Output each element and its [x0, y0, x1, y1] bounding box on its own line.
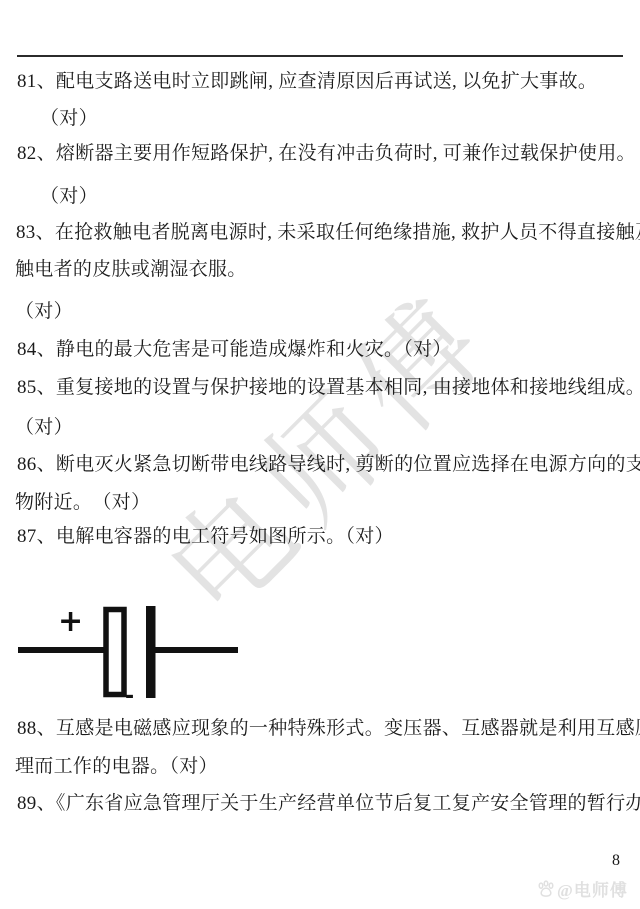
question-84-text: 84、静电的最大危害是可能造成爆炸和火灾。（对） [17, 338, 452, 361]
question-81-text: 81、配电支路送电时立即跳闸, 应查清原因后再试送, 以免扩大事故。 [17, 70, 597, 93]
question-82-text: 82、熔断器主要用作短路保护, 在没有冲击负荷时, 可兼作过载保护使用。 [17, 142, 636, 165]
question-83-text-line1: 83、在抢救触电者脱离电源时, 未采取任何绝缘措施, 救护人员不得直接触及 [16, 221, 640, 244]
header-rule [17, 55, 623, 57]
baidu-paw-icon [536, 879, 556, 899]
capacitor-positive-plate [106, 610, 124, 695]
question-88-text-line2: 理而工作的电器。（对） [15, 755, 218, 778]
question-86-text-line2: 物附近。 （对） [15, 491, 150, 514]
question-89-text-line1: 89、《广东省应急管理厅关于生产经营单位节后复工复产安全管理的暂行办 [17, 792, 640, 815]
footer-watermark-text: @电师傅 [557, 876, 628, 901]
document-page: 电师傅 81、配电支路送电时立即跳闸, 应查清原因后再试送, 以免扩大事故。 （… [0, 0, 640, 909]
page-number: 8 [612, 852, 620, 870]
center-watermark: 电师傅 [123, 248, 523, 648]
footer-watermark: @电师傅 [536, 876, 628, 901]
question-81-answer: （对） [40, 107, 98, 130]
question-85-text: 85、重复接地的设置与保护接地的设置基本相同, 由接地体和接地线组成。 [17, 376, 640, 399]
capacitor-negative-plate [146, 606, 156, 698]
question-86-text-line1: 86、断电灭火紧急切断带电线路导线时, 剪断的位置应选择在电源方向的支持 [17, 453, 640, 476]
capacitor-minus-label: - [125, 684, 134, 707]
question-88-text-line1: 88、互感是电磁感应现象的一种特殊形式。变压器、互感器就是利用互感原 [17, 717, 640, 740]
question-87-text: 87、电解电容器的电工符号如图所示。（对） [17, 525, 394, 548]
question-85-answer: （对） [15, 416, 73, 439]
question-83-answer: （对） [15, 300, 73, 323]
capacitor-plus-label: + [58, 604, 83, 639]
electrolytic-capacitor-figure: + - [15, 597, 245, 707]
question-83-text-line2: 触电者的皮肤或潮湿衣服。 [15, 258, 247, 281]
question-82-answer: （对） [40, 185, 98, 208]
